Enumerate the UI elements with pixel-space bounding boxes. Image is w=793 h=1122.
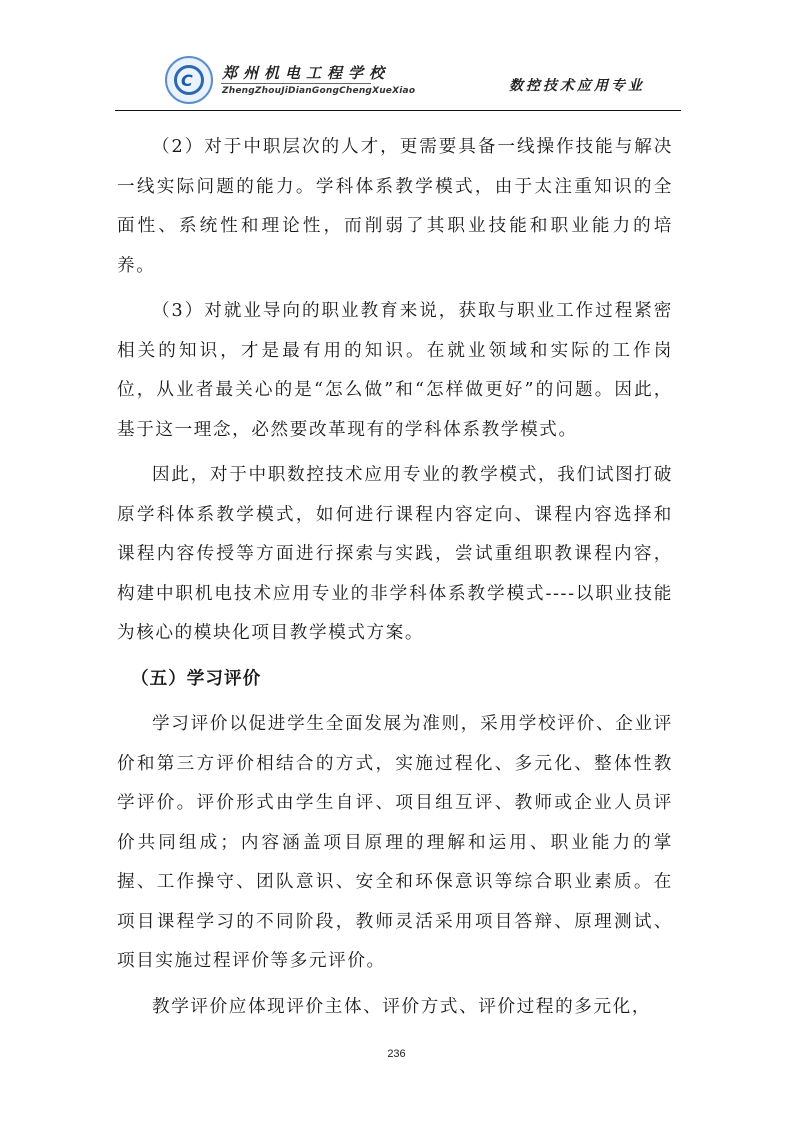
school-name-cn: 郑州机电工程学校: [222, 62, 390, 83]
school-name-divider: [221, 83, 371, 84]
paragraph-evaluation: 学习评价以促进学生全面发展为准则，采用学校评价、企业评价和第三方评价相结合的方式…: [117, 705, 673, 982]
document-body: （2）对于中职层次的人才，更需要具备一线操作技能与解决一线实际问题的能力。学科体…: [117, 128, 673, 1027]
page-number: 236: [0, 1048, 793, 1060]
page-header: C 郑州机电工程学校 ZhengZhouJiDianGongChengXueXi…: [115, 52, 681, 110]
paragraph-evaluation-continued: 教学评价应体现评价主体、评价方式、评价过程的多元化，: [117, 988, 673, 1028]
major-title: 数控技术应用专业: [509, 75, 645, 95]
section-heading: （五）学习评价: [117, 660, 673, 700]
header-rule: [115, 110, 681, 111]
school-emblem-icon: C: [165, 56, 213, 104]
paragraph-2: （2）对于中职层次的人才，更需要具备一线操作技能与解决一线实际问题的能力。学科体…: [117, 128, 673, 286]
paragraph-3: （3）对就业导向的职业教育来说，获取与职业工作过程紧密相关的知识，才是最有用的知…: [117, 292, 673, 450]
school-name-en: ZhengZhouJiDianGongChengXueXiao: [222, 86, 415, 96]
paragraph-conclusion: 因此，对于中职数控技术应用专业的教学模式，我们试图打破原学科体系教学模式，如何进…: [117, 456, 673, 654]
